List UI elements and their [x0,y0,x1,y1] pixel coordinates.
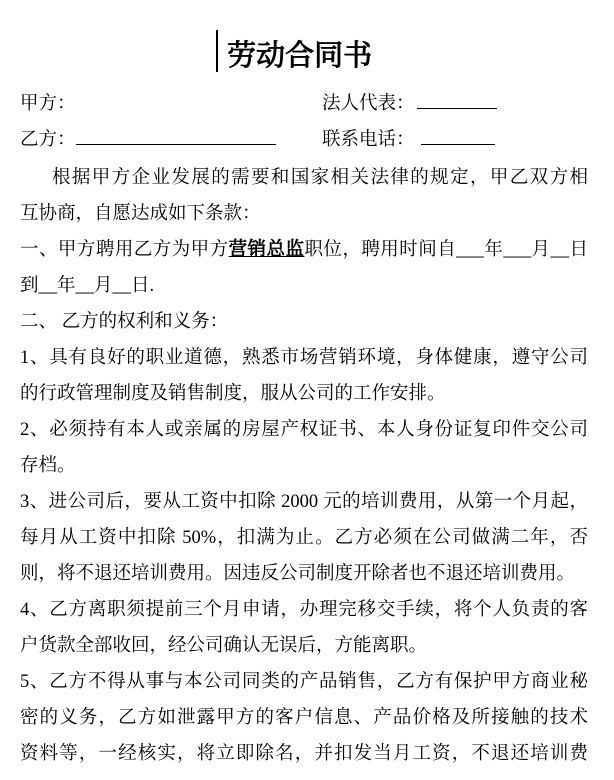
document-title[interactable]: 劳动合同书 [0,0,588,76]
section-2-heading[interactable]: 二、 乙方的权利和义务： [20,304,588,340]
clause-1-prefix: 一、甲方聘用乙方为甲方 [20,240,229,260]
item-4-line-2[interactable]: 户货款全部收回，经公司确认无误后，方能离职。 [20,628,588,664]
party-a-cell: 甲方： [20,86,76,122]
legal-rep-cell: 法人代表： [322,86,497,122]
party-b-cell: 乙方： [20,122,276,158]
party-a-label[interactable]: 甲方： [20,94,76,114]
party-b-row: 乙方： 联系电话： [0,122,614,158]
item-2-line-1[interactable]: 2、必须持有本人或亲属的房屋产权证书、本人身份证复印件交公司 [20,412,588,448]
item-3-line-3[interactable]: 则，将不退还培训费用。因违反公司制度开除者也不退还培训费用。 [20,556,588,592]
legal-rep-label[interactable]: 法人代表： [322,94,415,114]
phone-cell: 联系电话： [322,122,495,158]
clause-1-line-2[interactable]: 到__年__月__日. [20,268,588,304]
phone-label[interactable]: 联系电话： [322,130,415,150]
intro-line-2[interactable]: 互协商，自愿达成如下条款： [20,196,588,232]
item-3-line-2[interactable]: 每月从工资中扣除 50%，扣满为止。乙方必须在公司做满二年，否 [20,520,588,556]
item-3-line-1[interactable]: 3、进公司后，要从工资中扣除 2000 元的培训费用，从第一个月起， [20,484,588,520]
party-b-label[interactable]: 乙方： [20,130,76,150]
position-title-emphasis: 营销总监 [229,240,305,260]
clause-1-line-1[interactable]: 一、甲方聘用乙方为甲方营销总监职位，聘用时间自___年___月__日 [20,232,588,268]
document-title-text: 劳动合同书 [227,40,372,72]
party-b-blank-field[interactable] [76,126,276,145]
item-1-line-1[interactable]: 1、具有良好的职业道德，熟悉市场营销环境，身体健康，遵守公司 [20,340,588,376]
contract-header: 甲方： 法人代表： 乙方： 联系电话： [0,86,614,158]
item-1-line-2[interactable]: 的行政管理制度及销售制度，服从公司的工作安排。 [20,376,588,412]
item-2-line-2[interactable]: 存档。 [20,448,588,484]
item-4-line-1[interactable]: 4、乙方离职须提前三个月申请，办理完移交手续，将个人负责的客 [20,592,588,628]
item-5-line-3[interactable]: 资料等，一经核实，将立即除名，并扣发当月工资，不退还培训费 [20,736,588,772]
clause-1-suffix: 职位，聘用时间自___年___月__日 [304,240,588,260]
legal-rep-blank-field[interactable] [417,90,497,109]
party-a-row: 甲方： 法人代表： [0,86,614,122]
phone-blank-field[interactable] [421,126,495,145]
item-5-line-1[interactable]: 5、乙方不得从事与本公司同类的产品销售，乙方有保护甲方商业秘 [20,664,588,700]
item-5-line-2[interactable]: 密的义务，乙方如泄露甲方的客户信息、产品价格及所接触的技术 [20,700,588,736]
intro-line-1[interactable]: 根据甲方企业发展的需要和国家相关法律的规定，甲乙双方相 [20,160,588,196]
text-cursor-caret [216,30,218,72]
contract-body: 根据甲方企业发展的需要和国家相关法律的规定，甲乙双方相 互协商，自愿达成如下条款… [20,160,588,772]
contract-document: 劳动合同书 甲方： 法人代表： 乙方： 联系电话： 根据甲方企业发展的需要和国家… [0,0,614,780]
